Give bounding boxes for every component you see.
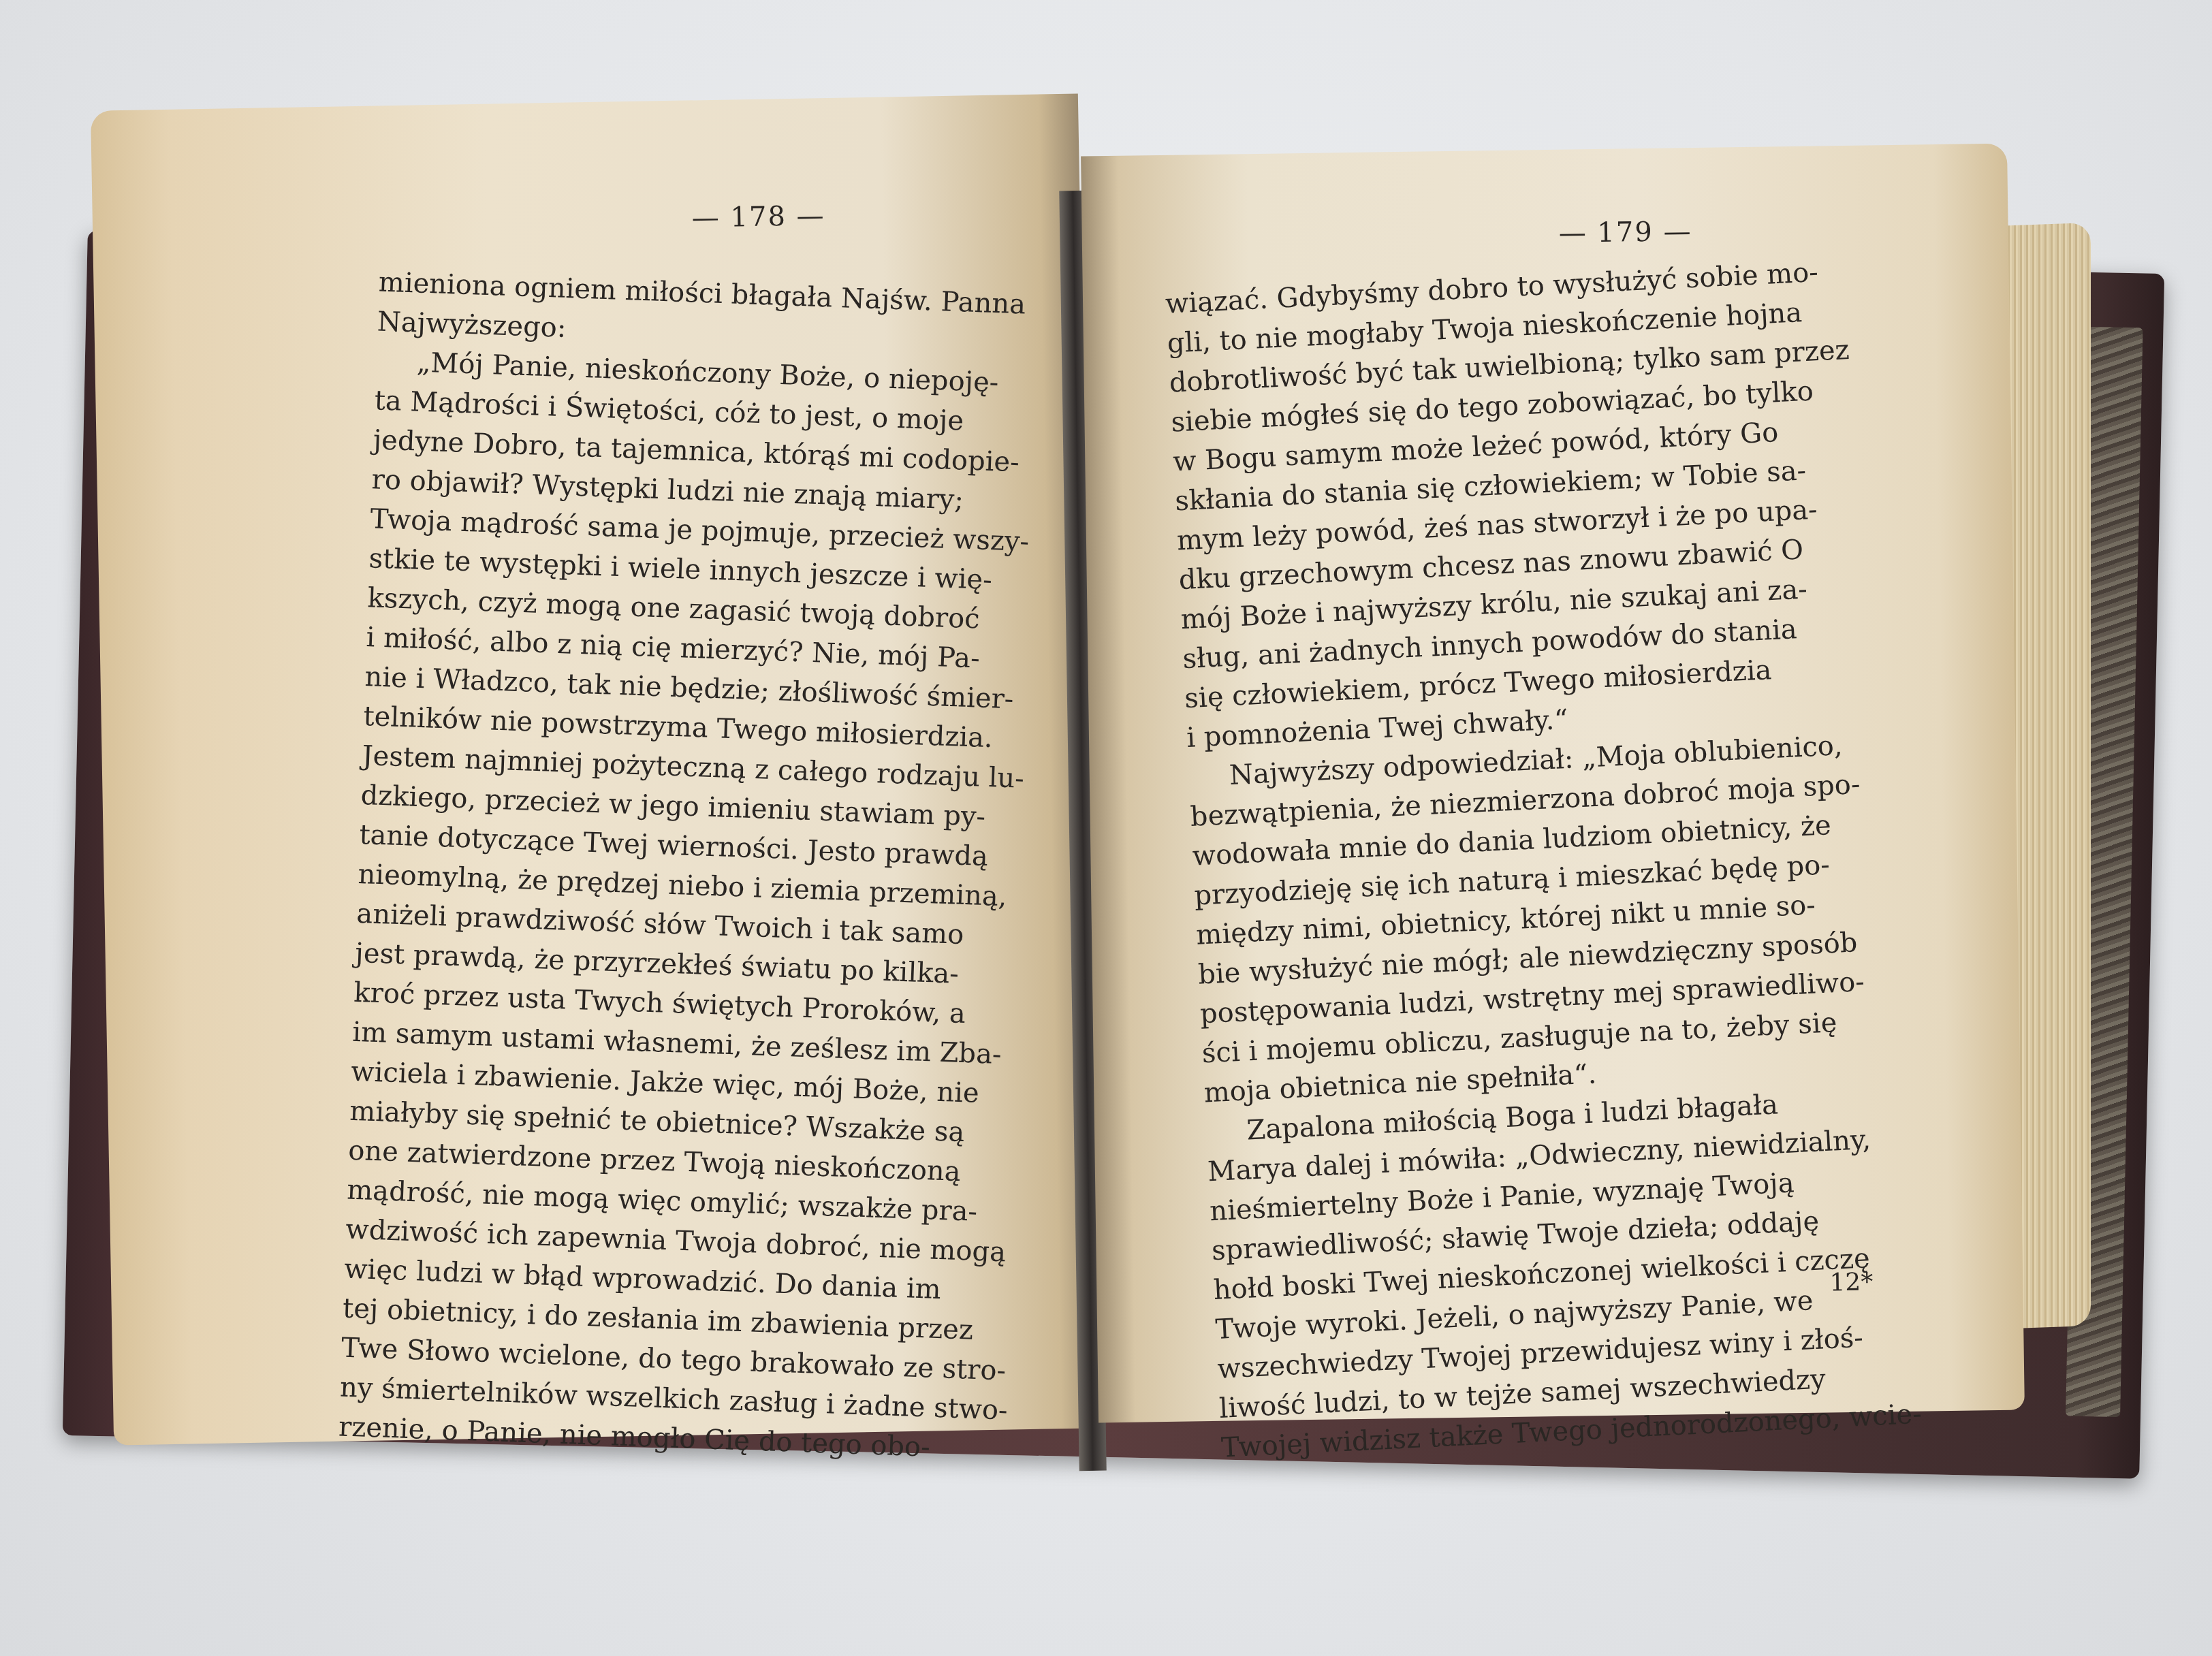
page-number-right: — 179 — [1558,216,1692,249]
left-page: — 178 — mieniona ogniem miłości błagała … [91,93,1101,1445]
page-number-left: — 178 — [691,200,825,234]
right-page: — 179 — wiązać. Gdybyśmy dobro to wysłuż… [1081,144,2025,1423]
left-page-text: mieniona ogniem miłości błagała Najśw. P… [338,262,1046,1469]
right-page-text: wiązać. Gdybyśmy dobro to wysłużyć sobie… [1165,250,1930,1468]
signature-mark: 12* [1829,1269,1873,1297]
